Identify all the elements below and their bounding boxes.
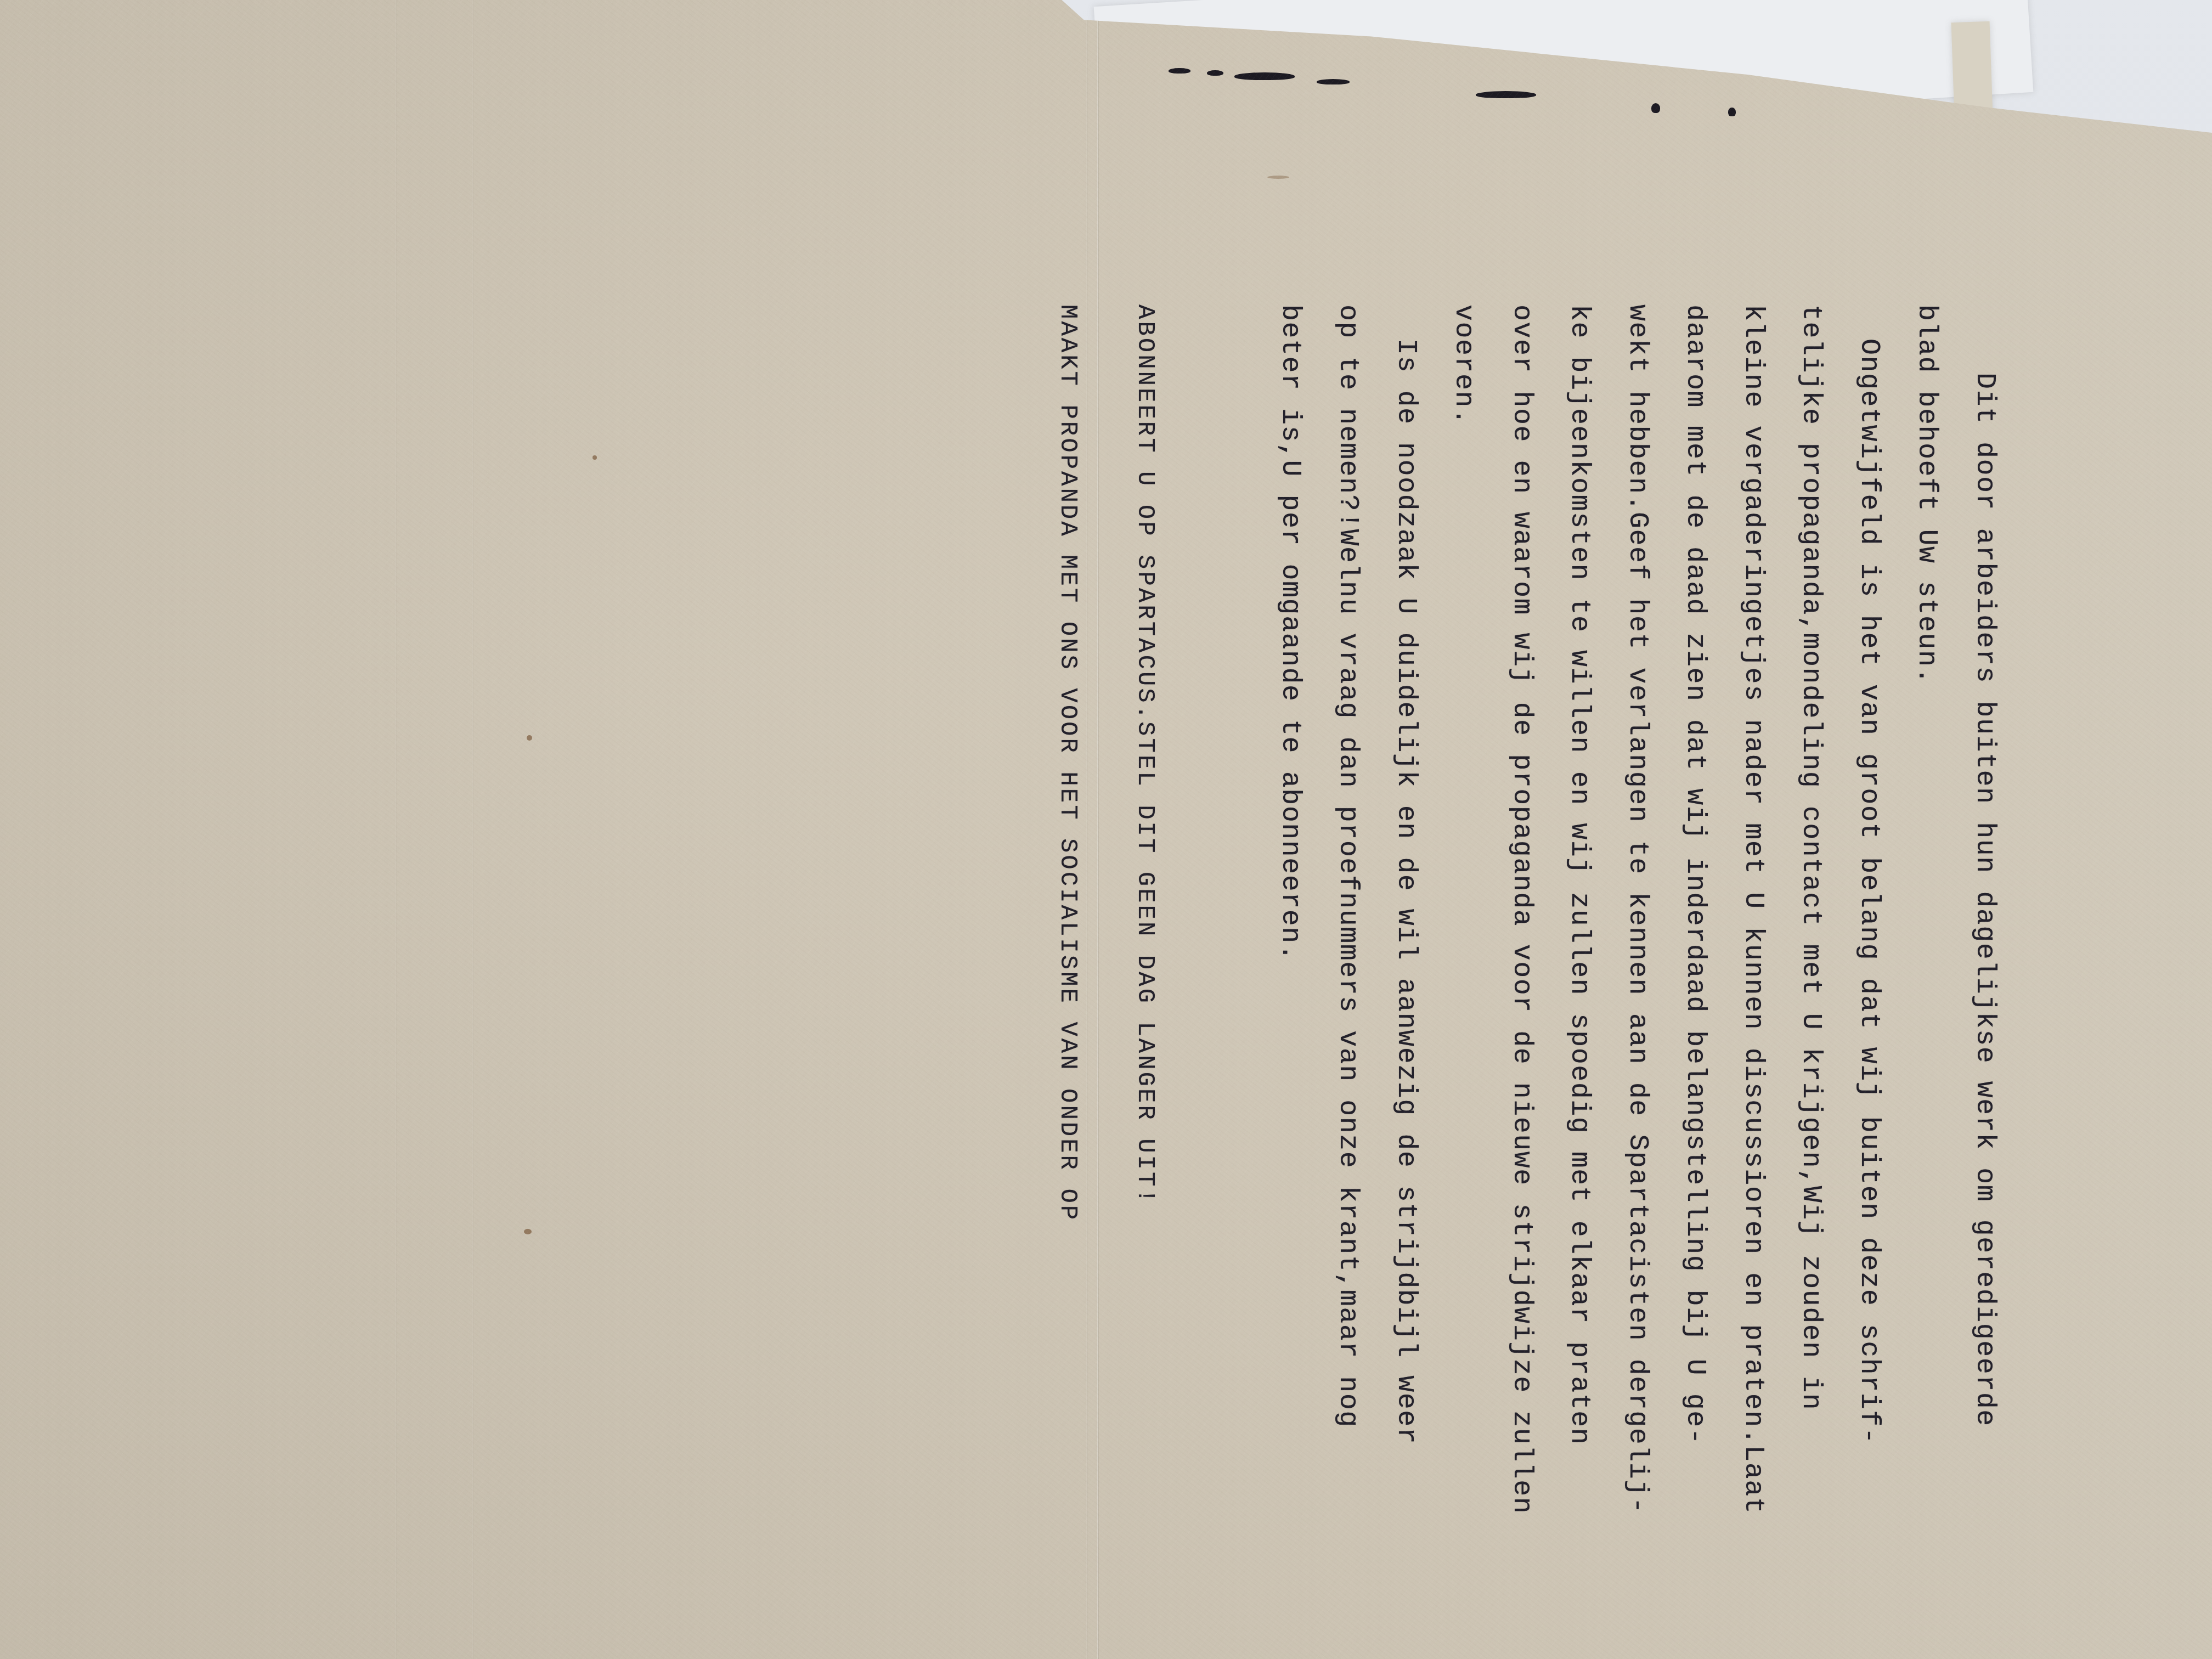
- typed-text-block: Dit door arbeiders buiten hun dagelijkse…: [1010, 304, 2033, 1514]
- leaflet-page: Dit door arbeiders buiten hun dagelijkse…: [0, 0, 2212, 1659]
- paper-speck: [1267, 176, 1289, 179]
- ink-smudge-marks: [1169, 65, 1772, 114]
- text-line: Ongetwijfeld is het van groot belang dat…: [1859, 304, 1879, 1514]
- slogan-subscribe: ABONNEERT U OP SPARTACUS.STEL DIT GEEN D…: [1126, 304, 1165, 1514]
- paper-speck: [527, 735, 532, 741]
- text-line: Dit door arbeiders buiten hun dagelijkse…: [1975, 304, 1995, 1514]
- text-line: Is de noodzaak U duidelijk en de wil aan…: [1396, 304, 1416, 1514]
- text-line: ke bijeenkomsten te willen en wij zullen…: [1570, 304, 1589, 1514]
- text-line: wekt hebben.Geef het verlangen te kennen…: [1628, 304, 1647, 1514]
- photo-scene: Dit door arbeiders buiten hun dagelijkse…: [0, 0, 2212, 1659]
- text-line: blad behoeft Uw steun.: [1917, 304, 1937, 1514]
- text-line: daarom met de daad zien dat wij inderdaa…: [1685, 304, 1705, 1514]
- text-line: voeren.: [1454, 304, 1474, 1514]
- paper-crease: [395, 0, 397, 1659]
- text-line: telijke propaganda,mondeling contact met…: [1801, 304, 1821, 1514]
- paper-speck: [524, 1229, 532, 1234]
- paper-crease: [472, 0, 473, 1659]
- text-line: kleine vergaderingetjes nader met U kunn…: [1743, 304, 1763, 1514]
- text-line: beter is,U per omgaande te abonneeren.: [1280, 304, 1300, 1514]
- slogan-propaganda: MAAKT PROPANDA MET ONS VOOR HET SOCIALIS…: [1048, 304, 1087, 1514]
- spacer: [1203, 304, 1242, 1514]
- paper-speck: [592, 455, 597, 460]
- text-line: op te nemen?!Welnu vraag dan proefnummer…: [1338, 304, 1358, 1514]
- text-line: over hoe en waarom wij de propaganda voo…: [1512, 304, 1532, 1514]
